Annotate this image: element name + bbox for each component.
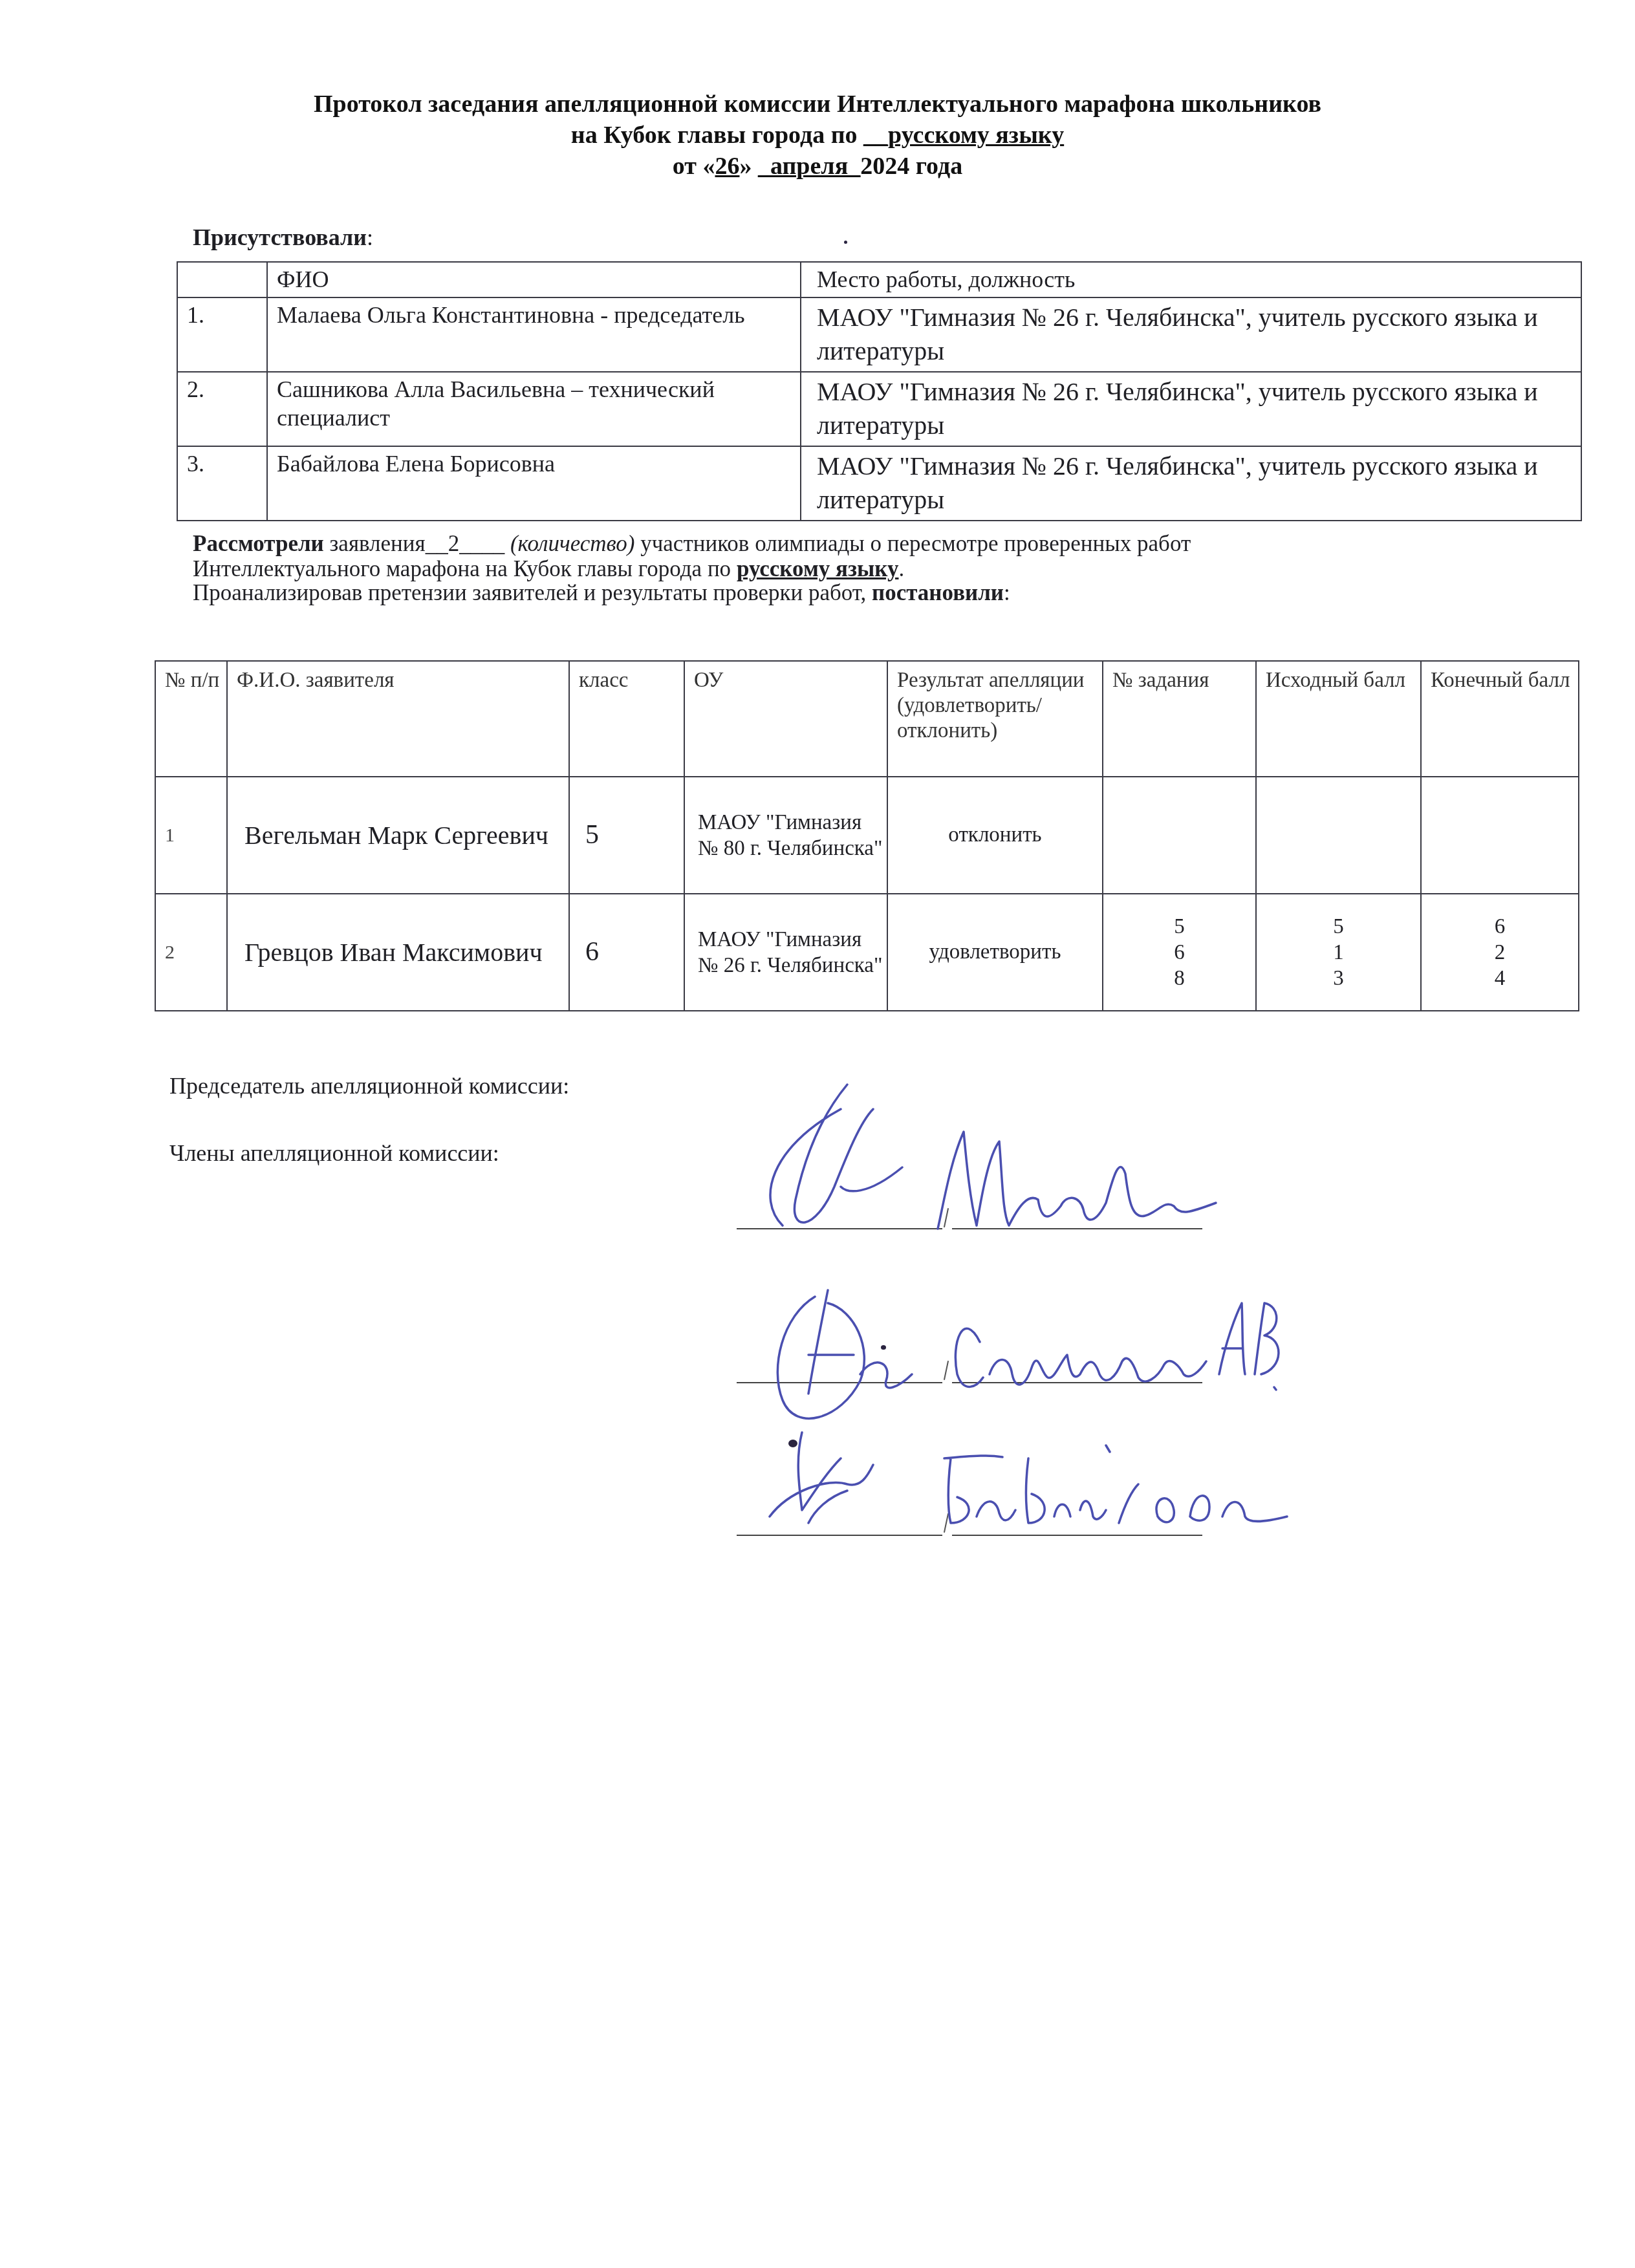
subtitle-prefix: на Кубок главы города по — [571, 122, 863, 149]
attendee-row: 2. Сашникова Алла Васильевна – техническ… — [177, 372, 1581, 446]
marathon-text: Интеллектуального марафона на Кубок глав… — [193, 556, 737, 581]
appeals-header-row: № п/п Ф.И.О. заявителя класс ОУ Результа… — [155, 661, 1579, 777]
considered-label: Рассмотрели — [193, 531, 324, 556]
header-task: № задания — [1103, 661, 1256, 777]
appeal-applicant: Вегельман Марк Сергеевич — [227, 777, 569, 894]
header-initial-score: Исходный балл — [1256, 661, 1421, 777]
attendee-num: 3. — [177, 446, 267, 521]
appeal-num: 1 — [155, 777, 227, 894]
appeal-school: МАОУ "Гимназия № 26 г. Челябинска" — [684, 894, 887, 1011]
attendee-place: МАОУ "Гимназия № 26 г. Челябинска", учит… — [801, 372, 1581, 446]
member1-signature-scribble — [777, 1290, 912, 1418]
attendee-name: Бабайлова Елена Борисовна — [267, 446, 801, 521]
appeal-num: 2 — [155, 894, 227, 1011]
scan-speck — [881, 1345, 886, 1350]
date-prefix: от « — [673, 153, 715, 180]
header-row-number: № п/п — [155, 661, 227, 777]
present-label: Присутствовали: — [193, 224, 373, 251]
date-year: 2024 года — [860, 153, 962, 180]
date-mid: » — [739, 153, 758, 180]
count-blank: ____ — [459, 531, 510, 556]
stack-value: 6 — [1422, 914, 1578, 940]
member2-name-scribble — [944, 1445, 1287, 1523]
appeal-final-scores — [1421, 777, 1579, 894]
analysis-text: Проанализировав претензии заявителей и р… — [193, 580, 872, 605]
appeal-grade: 5 — [569, 777, 684, 894]
date-month: _апреля_ — [758, 153, 860, 180]
attendee-num: 1. — [177, 297, 267, 372]
appeal-result: отклонить — [887, 777, 1103, 894]
appeal-result: удовлетворить — [887, 894, 1103, 1011]
count-hint: (количество) — [510, 531, 635, 556]
appeal-row: 1 Вегельман Марк Сергеевич 5 МАОУ "Гимна… — [155, 777, 1579, 894]
period: . — [899, 556, 905, 581]
attendee-row: 3. Бабайлова Елена Борисовна МАОУ "Гимна… — [177, 446, 1581, 521]
considered-text: заявления__ — [324, 531, 448, 556]
appeal-tasks — [1103, 777, 1256, 894]
appeal-initial-scores: 513 — [1256, 894, 1421, 1011]
scan-speck — [788, 1440, 797, 1447]
chair-signature-scribble — [770, 1085, 902, 1226]
header-place: Место работы, должность — [801, 262, 1581, 297]
attendee-num: 2. — [177, 372, 267, 446]
members-label: Члены апелляционной комиссии: — [169, 1139, 499, 1167]
header-fio: ФИО — [267, 262, 801, 297]
appeal-tasks: 568 — [1103, 894, 1256, 1011]
appeal-row: 2 Гревцов Иван Максимович 6 МАОУ "Гимназ… — [155, 894, 1579, 1011]
appeal-grade: 6 — [569, 894, 684, 1011]
stack-value: 4 — [1422, 966, 1578, 991]
appeal-applicant: Гревцов Иван Максимович — [227, 894, 569, 1011]
header-grade: класс — [569, 661, 684, 777]
appeals-table: № п/п Ф.И.О. заявителя класс ОУ Результа… — [155, 660, 1579, 1011]
attendee-place: МАОУ "Гимназия № 26 г. Челябинска", учит… — [801, 446, 1581, 521]
document-title: Протокол заседания апелляционной комисси… — [0, 89, 1635, 119]
present-label-text: Присутствовали — [193, 224, 367, 250]
header-school: ОУ — [684, 661, 887, 777]
applications-count: 2 — [448, 531, 460, 556]
header-num — [177, 262, 267, 297]
considered-text-end: участников олимпиады о пересмотре провер… — [634, 531, 1191, 556]
attendee-name: Сашникова Алла Васильевна – технический … — [267, 372, 801, 446]
chair-label: Председатель апелляционной комиссии: — [169, 1072, 569, 1099]
chair-name-scribble — [938, 1132, 1216, 1229]
attendee-row: 1. Малаева Ольга Константиновна - предсе… — [177, 297, 1581, 372]
document-date: от «26» _апреля_2024 года — [0, 151, 1635, 181]
decision-line-3: Проанализировав претензии заявителей и р… — [193, 581, 1010, 604]
header-final-score: Конечный балл — [1421, 661, 1579, 777]
stack-value: 5 — [1257, 914, 1420, 940]
present-label-colon: : — [367, 224, 373, 250]
stack-value: 3 — [1257, 966, 1420, 991]
header-result: Результат апелляции (удовлетворить/ откл… — [887, 661, 1103, 777]
member2-signature-scribble — [770, 1432, 873, 1523]
appeal-final-scores: 624 — [1421, 894, 1579, 1011]
stack-value: 6 — [1103, 940, 1255, 966]
appeal-school: МАОУ "Гимназия № 80 г. Челябинска" — [684, 777, 887, 894]
stack-value: 5 — [1103, 914, 1255, 940]
appeal-initial-scores — [1256, 777, 1421, 894]
scan-speck — [844, 241, 847, 244]
handwritten-signatures — [744, 1070, 1313, 1562]
attendees-header-row: ФИО Место работы, должность — [177, 262, 1581, 297]
decision-line-2: Интеллектуального марафона на Кубок глав… — [193, 557, 904, 580]
stack-value: 8 — [1103, 966, 1255, 991]
colon: : — [1004, 580, 1010, 605]
subject-field: __русскому языку — [863, 122, 1064, 149]
attendee-name: Малаева Ольга Константиновна - председат… — [267, 297, 801, 372]
date-day: 26 — [715, 153, 739, 180]
stack-value: 2 — [1422, 940, 1578, 966]
subject-underlined: русскому языку — [737, 556, 899, 581]
document-subtitle: на Кубок главы города по __русскому язык… — [0, 120, 1635, 150]
member1-name-scribble — [955, 1303, 1279, 1390]
stack-value: 1 — [1257, 940, 1420, 966]
resolved-label: постановили — [872, 580, 1004, 605]
decision-line-1: Рассмотрели заявления__2____ (количество… — [193, 532, 1191, 555]
attendees-table: ФИО Место работы, должность 1. Малаева О… — [177, 261, 1582, 521]
attendee-place: МАОУ "Гимназия № 26 г. Челябинска", учит… — [801, 297, 1581, 372]
header-applicant: Ф.И.О. заявителя — [227, 661, 569, 777]
